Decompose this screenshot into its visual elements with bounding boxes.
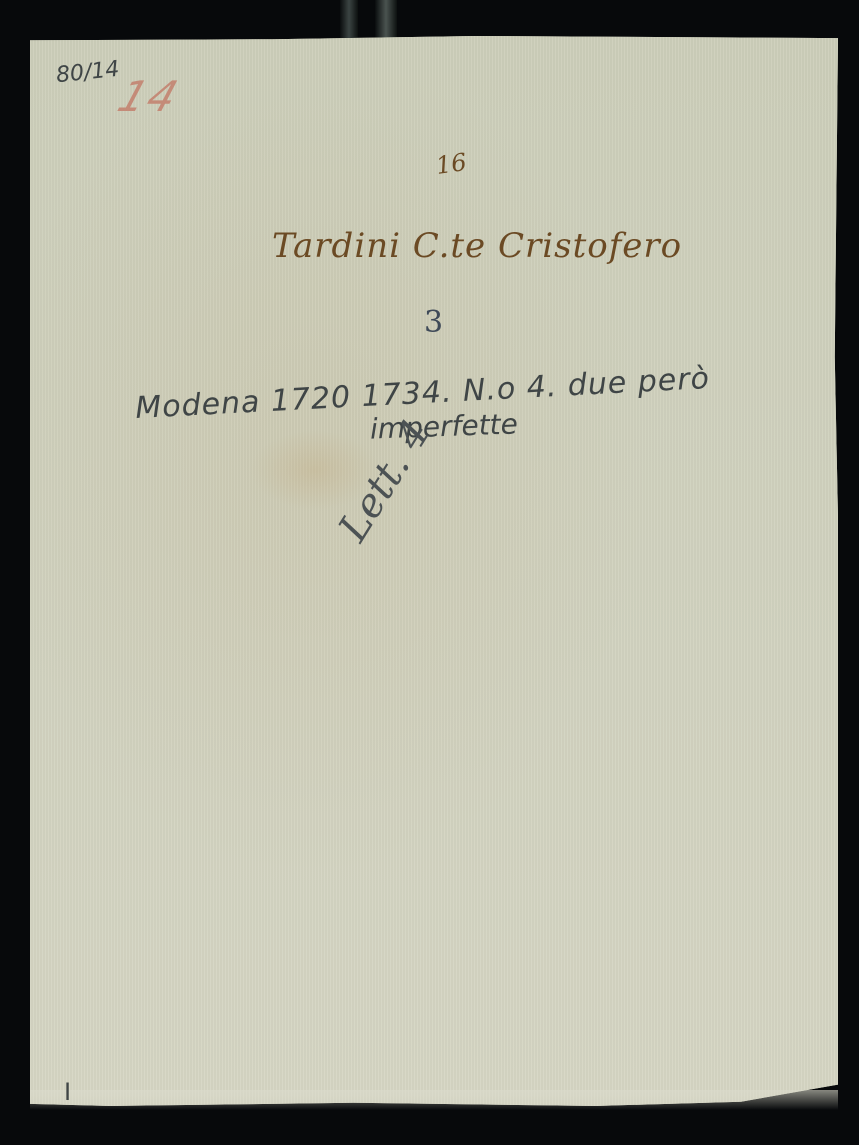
paper-sheet xyxy=(30,36,838,1106)
document-title: Tardini C.te Cristofero xyxy=(272,226,682,266)
frayed-bottom-edge xyxy=(30,1090,838,1110)
volume-number: 3 xyxy=(424,305,443,340)
binding-strip xyxy=(340,0,358,40)
item-number: 16 xyxy=(434,148,468,180)
binding-strip xyxy=(375,0,397,40)
roman-numeral-mark: I xyxy=(64,1078,71,1106)
